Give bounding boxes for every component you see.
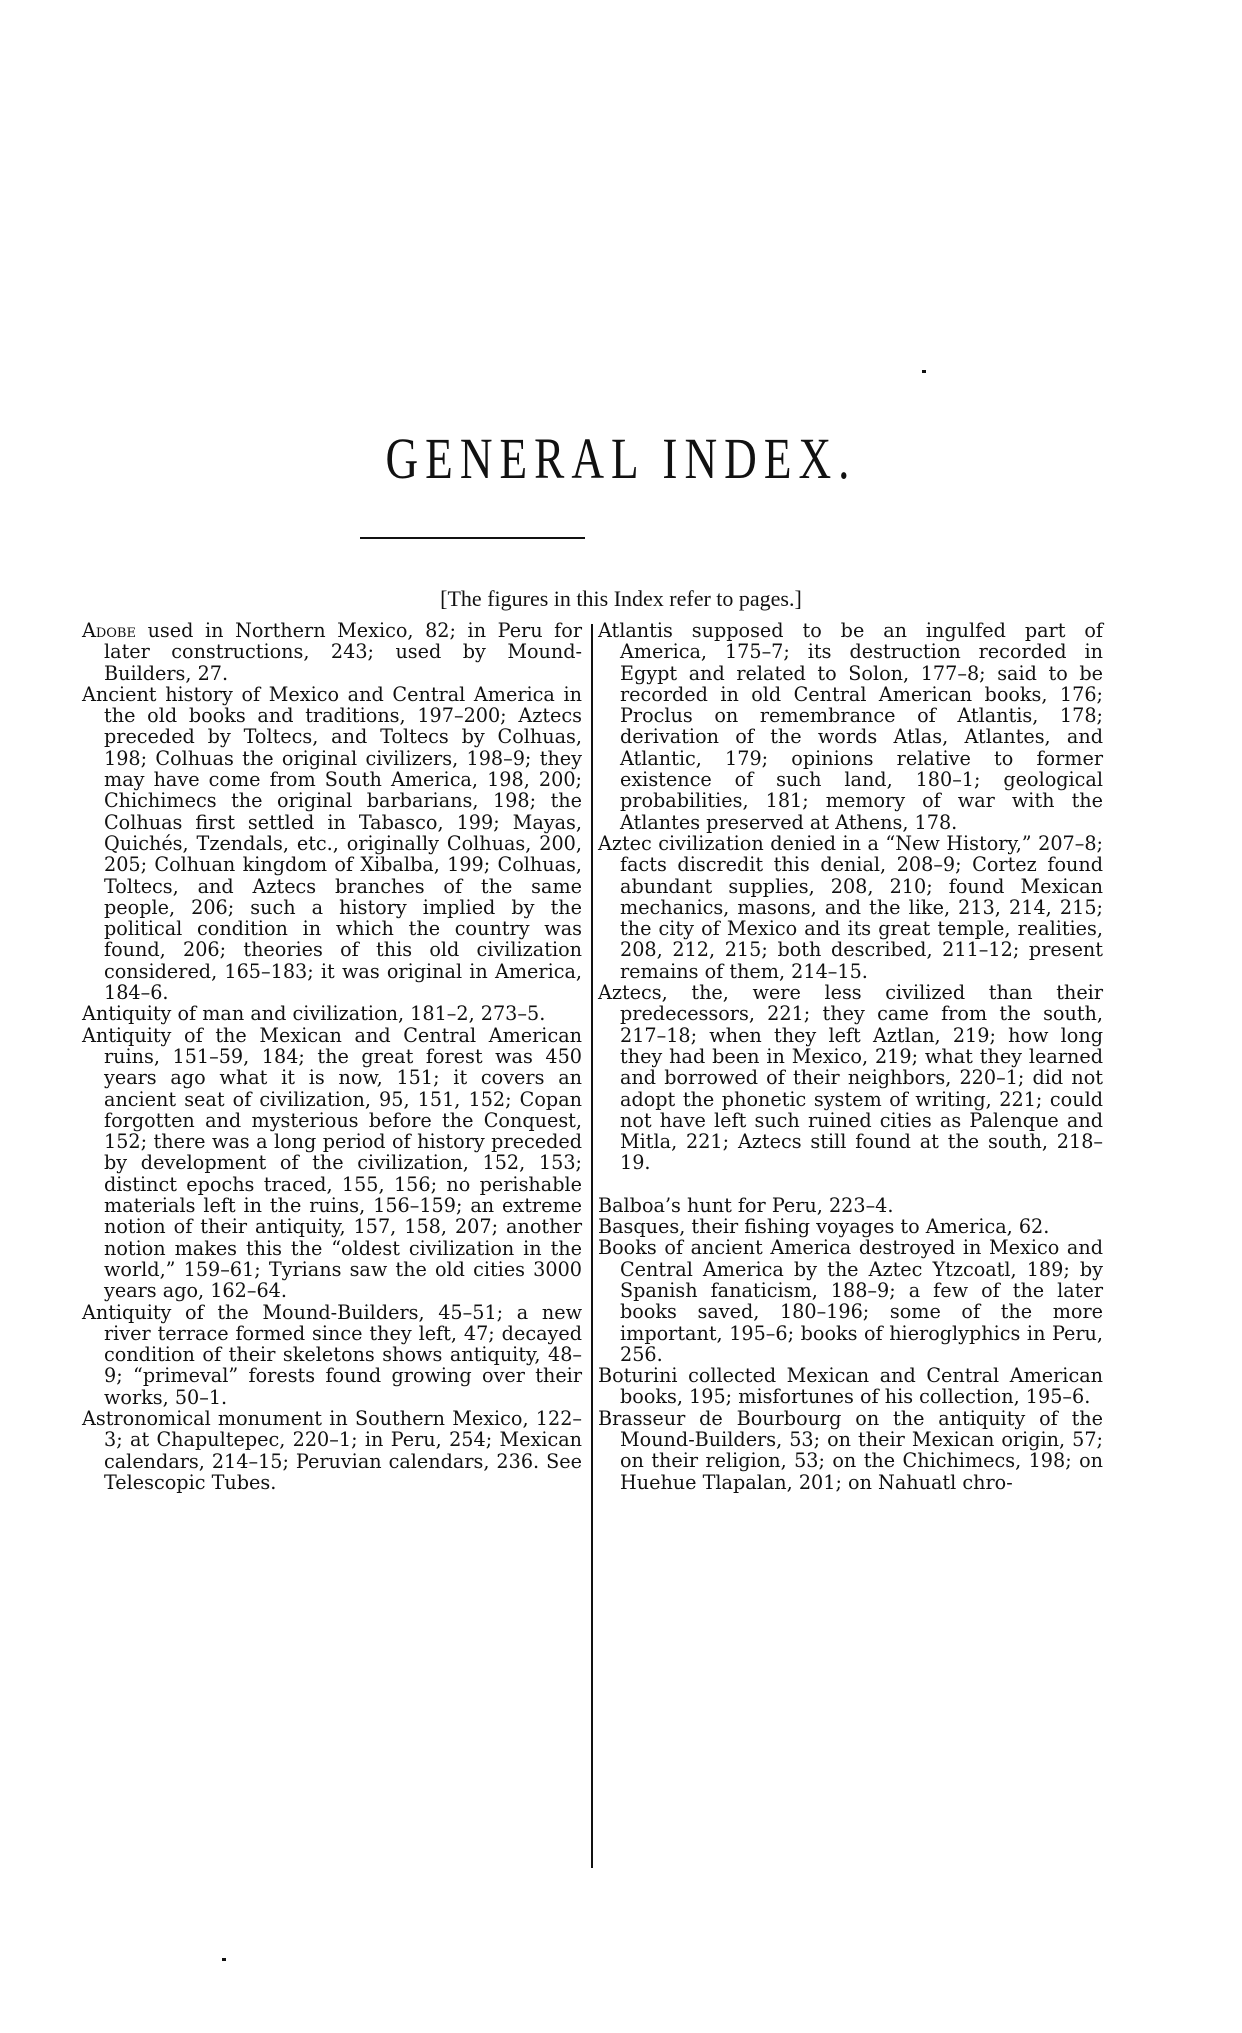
- index-entry: Books of ancient America destroyed in Me…: [598, 1237, 1103, 1365]
- entry-text: civilization denied in a “New History,” …: [620, 832, 1103, 983]
- entry-head: Antiquity: [82, 1002, 171, 1025]
- index-entry: Antiquity of man and civilization, 181–2…: [82, 1003, 582, 1024]
- entry-text: of the Mexican and Central American ruin…: [104, 1024, 582, 1303]
- entry-head: Antiquity: [82, 1024, 171, 1047]
- entry-head: Boturini: [598, 1364, 678, 1387]
- entry-text: hunt for Peru, 223–4.: [681, 1194, 894, 1217]
- left-column: Adobe used in Northern Mexico, 82; in Pe…: [82, 620, 582, 1493]
- entry-head: Brasseur: [598, 1407, 685, 1430]
- entry-text: supposed to be an ingulfed part of Ameri…: [620, 619, 1103, 834]
- entry-head: Astronomical: [82, 1407, 211, 1430]
- entry-head: Balboa’s: [598, 1194, 681, 1217]
- index-entry: Aztec civilization denied in a “New Hist…: [598, 833, 1103, 982]
- page-title: GENERAL INDEX.: [137, 425, 1106, 492]
- entry-head: Ancient: [82, 683, 157, 706]
- entry-head: Aztec: [598, 832, 652, 855]
- index-entry: Atlantis supposed to be an ingulfed part…: [598, 620, 1103, 833]
- entry-text: the, were less civilized than their pred…: [620, 981, 1103, 1174]
- index-entry: Antiquity of the Mound-Builders, 45–51; …: [82, 1302, 582, 1408]
- index-note: [The figures in this Index refer to page…: [0, 586, 1242, 612]
- entry-text: used in Northern Mexico, 82; in Peru for…: [104, 619, 582, 685]
- index-entry: Boturini collected Mexican and Central A…: [598, 1365, 1103, 1408]
- entry-head: Antiquity: [82, 1301, 171, 1324]
- index-entry: Aztecs, the, were less civilized than th…: [598, 982, 1103, 1174]
- print-speck: [922, 370, 926, 373]
- index-entry: Ancient history of Mexico and Central Am…: [82, 684, 582, 1003]
- entry-head: Aztecs,: [598, 981, 668, 1004]
- index-entry: Astronomical monument in Southern Mexico…: [82, 1408, 582, 1493]
- entry-text: of ancient America destroyed in Mexico a…: [620, 1236, 1103, 1365]
- entry-head: Adobe: [82, 619, 136, 642]
- entry-text: their fishing voyages to America, 62.: [685, 1215, 1049, 1238]
- entry-text: of the Mound-Builders, 45–51; a new rive…: [104, 1301, 582, 1409]
- entry-text: history of Mexico and Central America in…: [104, 683, 582, 1004]
- column-divider: [591, 624, 593, 1868]
- index-entry: Antiquity of the Mexican and Central Ame…: [82, 1025, 582, 1302]
- title-rule: [360, 537, 585, 539]
- entry-text: of man and civilization, 181–2, 273–5.: [171, 1002, 545, 1025]
- entry-text: de Bourbourg on the antiquity of the Mou…: [620, 1407, 1103, 1494]
- index-entry: Adobe used in Northern Mexico, 82; in Pe…: [82, 620, 582, 684]
- entry-head: Basques,: [598, 1215, 685, 1238]
- entry-text: collected Mexican and Central American b…: [620, 1364, 1103, 1408]
- index-entry: Brasseur de Bourbourg on the antiquity o…: [598, 1408, 1103, 1493]
- print-speck: [222, 1958, 226, 1961]
- right-column: Atlantis supposed to be an ingulfed part…: [598, 620, 1103, 1493]
- entry-head: Atlantis: [598, 619, 673, 642]
- index-entry: Basques, their fishing voyages to Americ…: [598, 1216, 1103, 1237]
- entry-head: Books: [598, 1236, 657, 1259]
- index-entry: Balboa’s hunt for Peru, 223–4.: [598, 1195, 1103, 1216]
